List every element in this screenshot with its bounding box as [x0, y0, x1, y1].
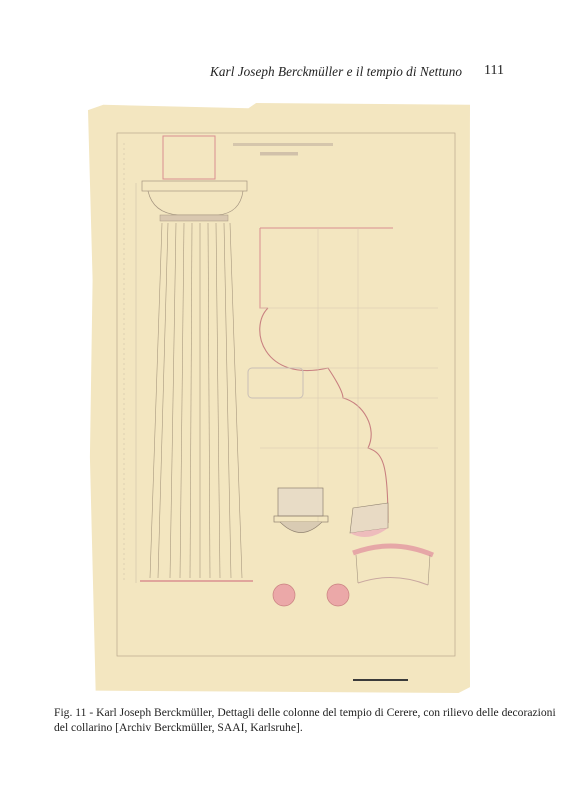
architectural-drawing	[88, 103, 470, 693]
drawing-title	[233, 143, 333, 156]
page-number: 111	[484, 63, 504, 79]
caption-line-2: del collarino [Archiv Berckmüller, SAAI,…	[54, 721, 524, 736]
figure-caption: Fig. 11 - Karl Joseph Berckmüller, Detta…	[54, 706, 524, 735]
inventory-stamp	[353, 679, 408, 681]
caption-line-1: Fig. 11 - Karl Joseph Berckmüller, Detta…	[54, 706, 524, 721]
figure-drawing-sheet	[88, 103, 470, 693]
running-title: Karl Joseph Berckmüller e il tempio di N…	[210, 64, 462, 80]
running-head: Karl Joseph Berckmüller e il tempio di N…	[0, 64, 566, 84]
